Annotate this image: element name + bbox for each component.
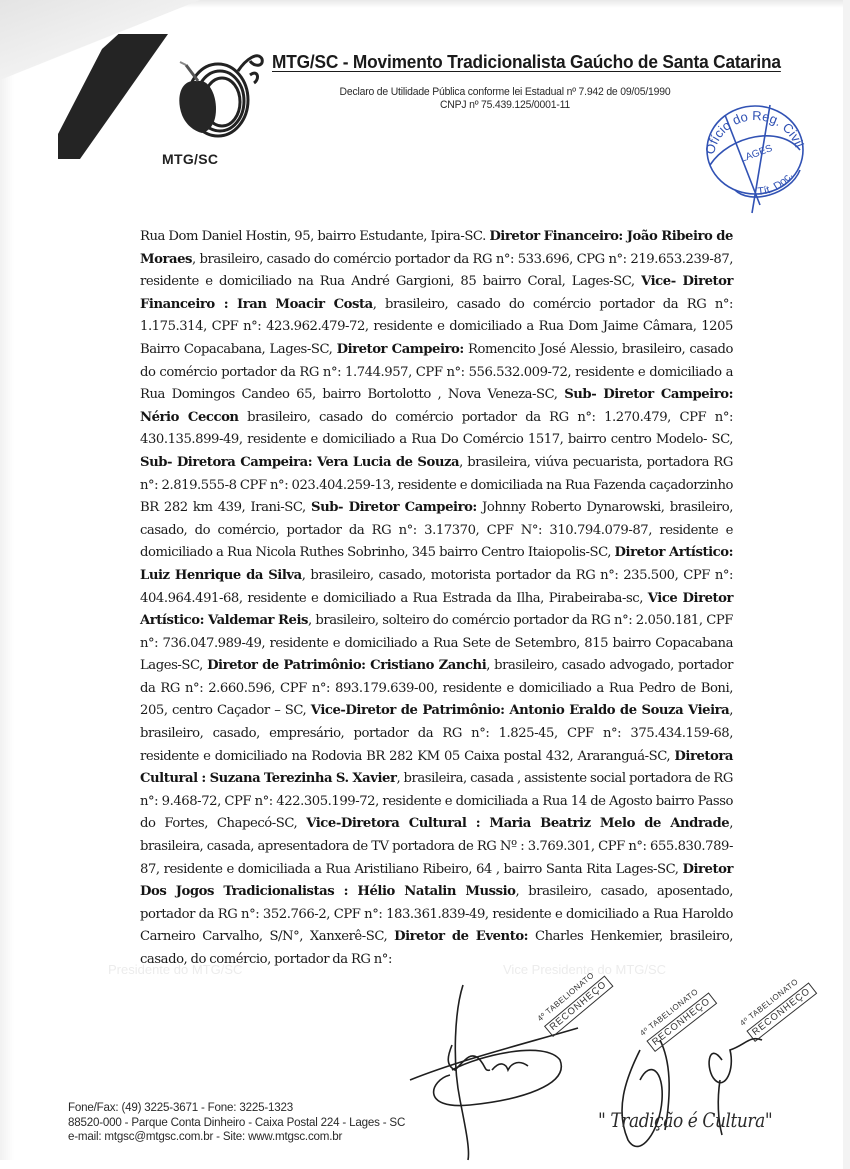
member-role-name: Vice-Diretor de Patrimônio: Antonio Eral…	[311, 703, 729, 718]
member-role-name: Vice-Diretora Cultural : Maria Beatriz M…	[306, 816, 729, 831]
registry-seal-stamp-icon: Ofício do Reg. Civil LAGES Tít. Doc.	[700, 95, 810, 215]
member-role-name: Diretor de Evento:	[394, 929, 528, 944]
member-role-name: Sub- Diretor Campeiro:	[311, 500, 477, 515]
cnpj-number: CNPJ nº 75.439.125/0001-11	[314, 99, 695, 111]
organization-title: MTG/SC - Movimento Tradicionalista Gaúch…	[272, 51, 781, 73]
member-details: Rua Dom Daniel Hostin, 95, bairro Estuda…	[140, 229, 489, 244]
scan-left-edge	[0, 60, 14, 1160]
footer-address: 88520-000 - Parque Conta Dinheiro - Caix…	[68, 1115, 405, 1130]
scan-right-edge	[843, 0, 850, 1169]
public-utility-declaration: Declaro de Utilidade Pública conforme le…	[314, 86, 695, 98]
mtg-logo-icon	[150, 45, 270, 155]
notary-stamp-2: 4º TABELIONATO RECONHEÇO	[638, 982, 717, 1052]
board-members-paragraph: Rua Dom Daniel Hostin, 95, bairro Estuda…	[140, 226, 733, 972]
member-role-name: Diretor Campeiro:	[337, 342, 464, 357]
member-role-name: Diretor de Patrimônio: Cristiano Zanchi	[207, 658, 486, 673]
notary-stamp-3: 4º TABELIONATO RECONHEÇO	[738, 972, 817, 1042]
footer-email-site: e-mail: mtgsc@mtgsc.com.br - Site: www.m…	[68, 1129, 405, 1144]
logo-caption: MTG/SC	[162, 151, 218, 167]
footer-phone: Fone/Fax: (49) 3225-3671 - Fone: 3225-13…	[68, 1100, 405, 1115]
member-role-name: Sub- Diretora Campeira: Vera Lucia de So…	[140, 455, 459, 470]
motto: " Tradição é Cultura"	[598, 1108, 772, 1132]
bleed-through-president-label: Presidente do MTG/SC	[108, 962, 242, 977]
seal-center-text: LAGES	[739, 143, 774, 165]
footer-contact-info: Fone/Fax: (49) 3225-3671 - Fone: 3225-13…	[68, 1100, 405, 1144]
